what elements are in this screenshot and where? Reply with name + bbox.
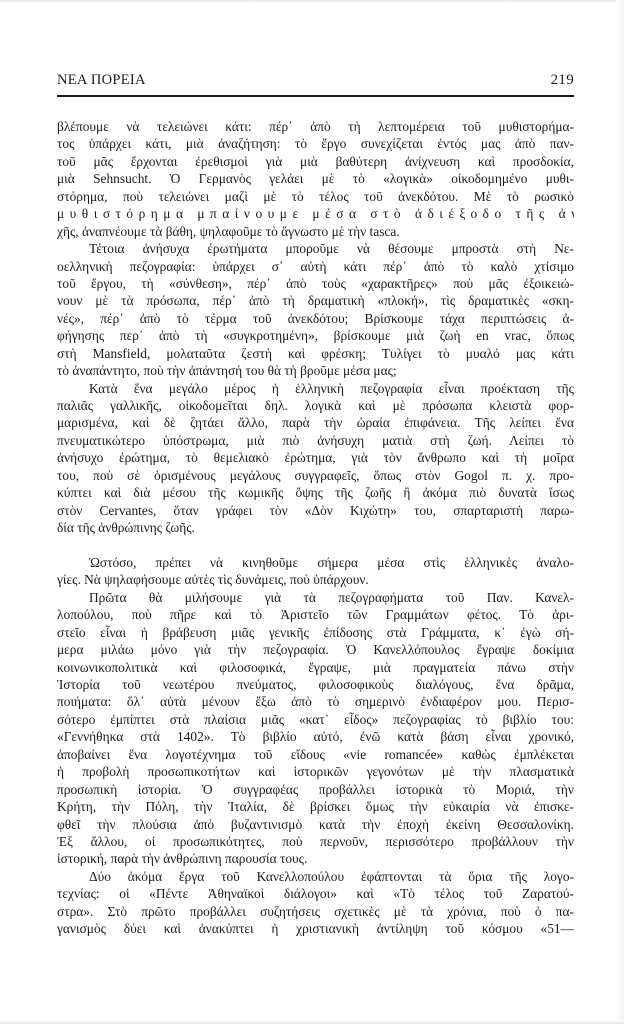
text-line: στὸν Cervantes, ὅταν γράφει τὸν «Δὸν Κιχ… <box>57 502 574 519</box>
text-line: στὴ Mansfield, μολαταῦτα ζεστὴ καὶ φρέσκ… <box>57 345 574 362</box>
text-line: ἡ προβολὴ προσωπικοτήτων καὶ ἱστορικῶν γ… <box>57 763 574 780</box>
text-line: τεχνίας: οἱ «Πέντε Ἀθηναϊκοὶ διάλογοι» κ… <box>57 885 574 902</box>
text-line: τοῦ μᾶς ἔρχονται ἐρεθισμοὶ γιὰ μιὰ βαθύτ… <box>57 153 574 170</box>
text-line: γίες. Νὰ ψηλαφήσουμε αὐτὲς τὶς δυνάμεις,… <box>57 571 574 588</box>
journal-title: ΝΕΑ ΠΟΡΕΙΑ <box>57 72 146 89</box>
text-line: βλέπουμε νὰ τελειώνει κάτι: πέρ᾽ ἀπὸ τὴ … <box>57 118 574 135</box>
paragraph: Πρῶτα θὰ μιλήσουμε γιὰ τὰ πεζογραφήματα … <box>57 589 574 868</box>
text-line: φήγησης περ᾽ ἀπὸ τὴ «συγκροτημένη», βρίσ… <box>57 327 574 344</box>
text-line: ἱστορική, παρὰ τὴν ἀνθρώπινη παρουσία το… <box>57 850 574 867</box>
text-line: Τέτοια ἀνήσυχα ἐρωτήματα μποροῦμε νὰ θέσ… <box>57 240 574 257</box>
text-line: νουν μὲ τὰ πρόσωπα, πέρ᾽ ἀπὸ τὴ δραματικ… <box>57 292 574 309</box>
text-line: πνευματικώτερο ὑπόστρωμα, μιὰ πιὸ ἀνήσυχ… <box>57 432 574 449</box>
text-line: ἀποβαίνει ἕνα λογοτέχνημα τοῦ εἴδους «vi… <box>57 746 574 763</box>
text-line: μαρισμένα, καὶ δὲ ζητάει ἄλλο, παρὰ τὴν … <box>57 414 574 431</box>
text-line: «Γεννήθηκα στὰ 1402». Τὸ βιβλίο αὐτό, ἐν… <box>57 728 574 745</box>
running-head: ΝΕΑ ΠΟΡΕΙΑ 219 <box>57 72 574 92</box>
page-edge-right <box>616 0 624 1024</box>
text-line: τοῦ ἔργου, τὴ «σύνθεση», πέρ᾽ ἀπὸ τοὺς «… <box>57 275 574 292</box>
text-line: τὸ ἀναπάντητο, ποὺ τὴν ἀπάντησή του θὰ τ… <box>57 362 574 379</box>
page-edge-bottom <box>0 1020 624 1024</box>
page-number: 219 <box>551 72 574 89</box>
paragraph: Ὡστόσο, πρέπει νὰ κινηθοῦμε σήμερα μέσα … <box>57 554 574 589</box>
header-rule <box>57 95 574 97</box>
text-line: μερα μιλάω μόνο γιὰ τὴν πεζογραφία. Ὁ Κα… <box>57 641 574 658</box>
text-line: στόρημα, ποὺ τελειώνει μαζὶ μὲ τὸ τέλος … <box>57 188 574 205</box>
text-line: ἀνήσυχο ἐρώτημα, τὸ θεμελιακὸ ἐρώτημα, γ… <box>57 449 574 466</box>
text-line: Κατὰ ἕνα μεγάλο μέρος ἡ ἑλληνικὴ πεζογρα… <box>57 380 574 397</box>
paragraph: βλέπουμε νὰ τελειώνει κάτι: πέρ᾽ ἀπὸ τὴ … <box>57 118 574 240</box>
text-line: Ὡστόσο, πρέπει νὰ κινηθοῦμε σήμερα μέσα … <box>57 554 574 571</box>
paragraph: Δύο ἀκόμα ἔργα τοῦ Κανελλοπούλου ἐφάπτον… <box>57 868 574 938</box>
text-line: Πρῶτα θὰ μιλήσουμε γιὰ τὰ πεζογραφήματα … <box>57 589 574 606</box>
text-line: Κρήτη, τὴν Πόλη, τὴν Ἰταλία, δὲ βρίσκει … <box>57 798 574 815</box>
text-line: μυθιστόρημα μπαίνουμε μέσα στὸ ἀδιέξοδο … <box>57 205 574 222</box>
text-line: δία τῆς ἀνθρώπινης ζωῆς. <box>57 519 574 536</box>
section-break <box>57 537 574 554</box>
text-line: τος ὑπάρχει κάτι, μιὰ ἀναζήτηση: τὸ ἔργο… <box>57 135 574 152</box>
paragraph: Τέτοια ἀνήσυχα ἐρωτήματα μποροῦμε νὰ θέσ… <box>57 240 574 380</box>
body-text: βλέπουμε νὰ τελειώνει κάτι: πέρ᾽ ἀπὸ τὴ … <box>57 118 574 938</box>
text-line: οελληνικὴ πεζογραφία: ὑπάρχει σ᾽ αὐτὴ κά… <box>57 258 574 275</box>
text-line: φθεῖ τὴν πλούσια ἀπὸ βυζαντινισμὸ κατὰ τ… <box>57 816 574 833</box>
text-line: παλιᾶς γαλλικῆς, οἰκοδομεῖται δηλ. λογικ… <box>57 397 574 414</box>
text-line: σότερο ἐμπίπτει στὰ πλαίσια μιᾶς «κατ᾽ ε… <box>57 711 574 728</box>
text-line: λοπούλου, ποὺ πῆρε καὶ τὸ Ἀριστεῖο τῶν Γ… <box>57 606 574 623</box>
text-line: κοινωνικοπολιτικὰ καὶ φιλοσοφικά, ἔγραψε… <box>57 659 574 676</box>
text-line: γανισμὸς δύει καὶ ἀνακύπτει ἡ χριστιανικ… <box>57 920 574 937</box>
text-line: χῆς, ἀναπνέουμε τὰ βάθη, ψηλαφοῦμε τὸ ἄγ… <box>57 223 574 240</box>
text-line: κύπτει καὶ διὰ μέσου τῆς κωμικῆς ὄψης τῆ… <box>57 484 574 501</box>
page-edge-top <box>0 0 624 3</box>
text-line: Ἱστορία τοῦ νεωτέρου πνεύματος, φιλοσοφι… <box>57 676 574 693</box>
text-line: του, ποὺ σὲ ὁρισμένους μεγάλους συγγραφε… <box>57 467 574 484</box>
text-line: Δύο ἀκόμα ἔργα τοῦ Κανελλοπούλου ἐφάπτον… <box>57 868 574 885</box>
paragraph: Κατὰ ἕνα μεγάλο μέρος ἡ ἑλληνικὴ πεζογρα… <box>57 380 574 537</box>
text-line: νές», πέρ᾽ ἀπὸ τὸ τέρμα τοῦ ἀνεκδότου; Β… <box>57 310 574 327</box>
text-line: μιὰ Sehnsucht. Ὁ Γερμανὸς γελάει μὲ τὸ «… <box>57 170 574 187</box>
text-line: στρα». Στὸ πρῶτο προβάλλει συζητήσεις σχ… <box>57 903 574 920</box>
text-line: Ἐξ ἄλλου, οἱ προσωπικότητες, ποὺ περνοῦν… <box>57 833 574 850</box>
text-line: στεῖο εἶναι ἡ βράβευση μιᾶς γενικῆς ἐπίδ… <box>57 624 574 641</box>
text-line: ποιήματα: ὅλ᾽ αὐτὰ μένουν ἔξω ἀπὸ τὸ σημ… <box>57 693 574 710</box>
text-line: προσωπικὴ ἱστορία. Ὁ συγγραφέας προβάλλε… <box>57 781 574 798</box>
